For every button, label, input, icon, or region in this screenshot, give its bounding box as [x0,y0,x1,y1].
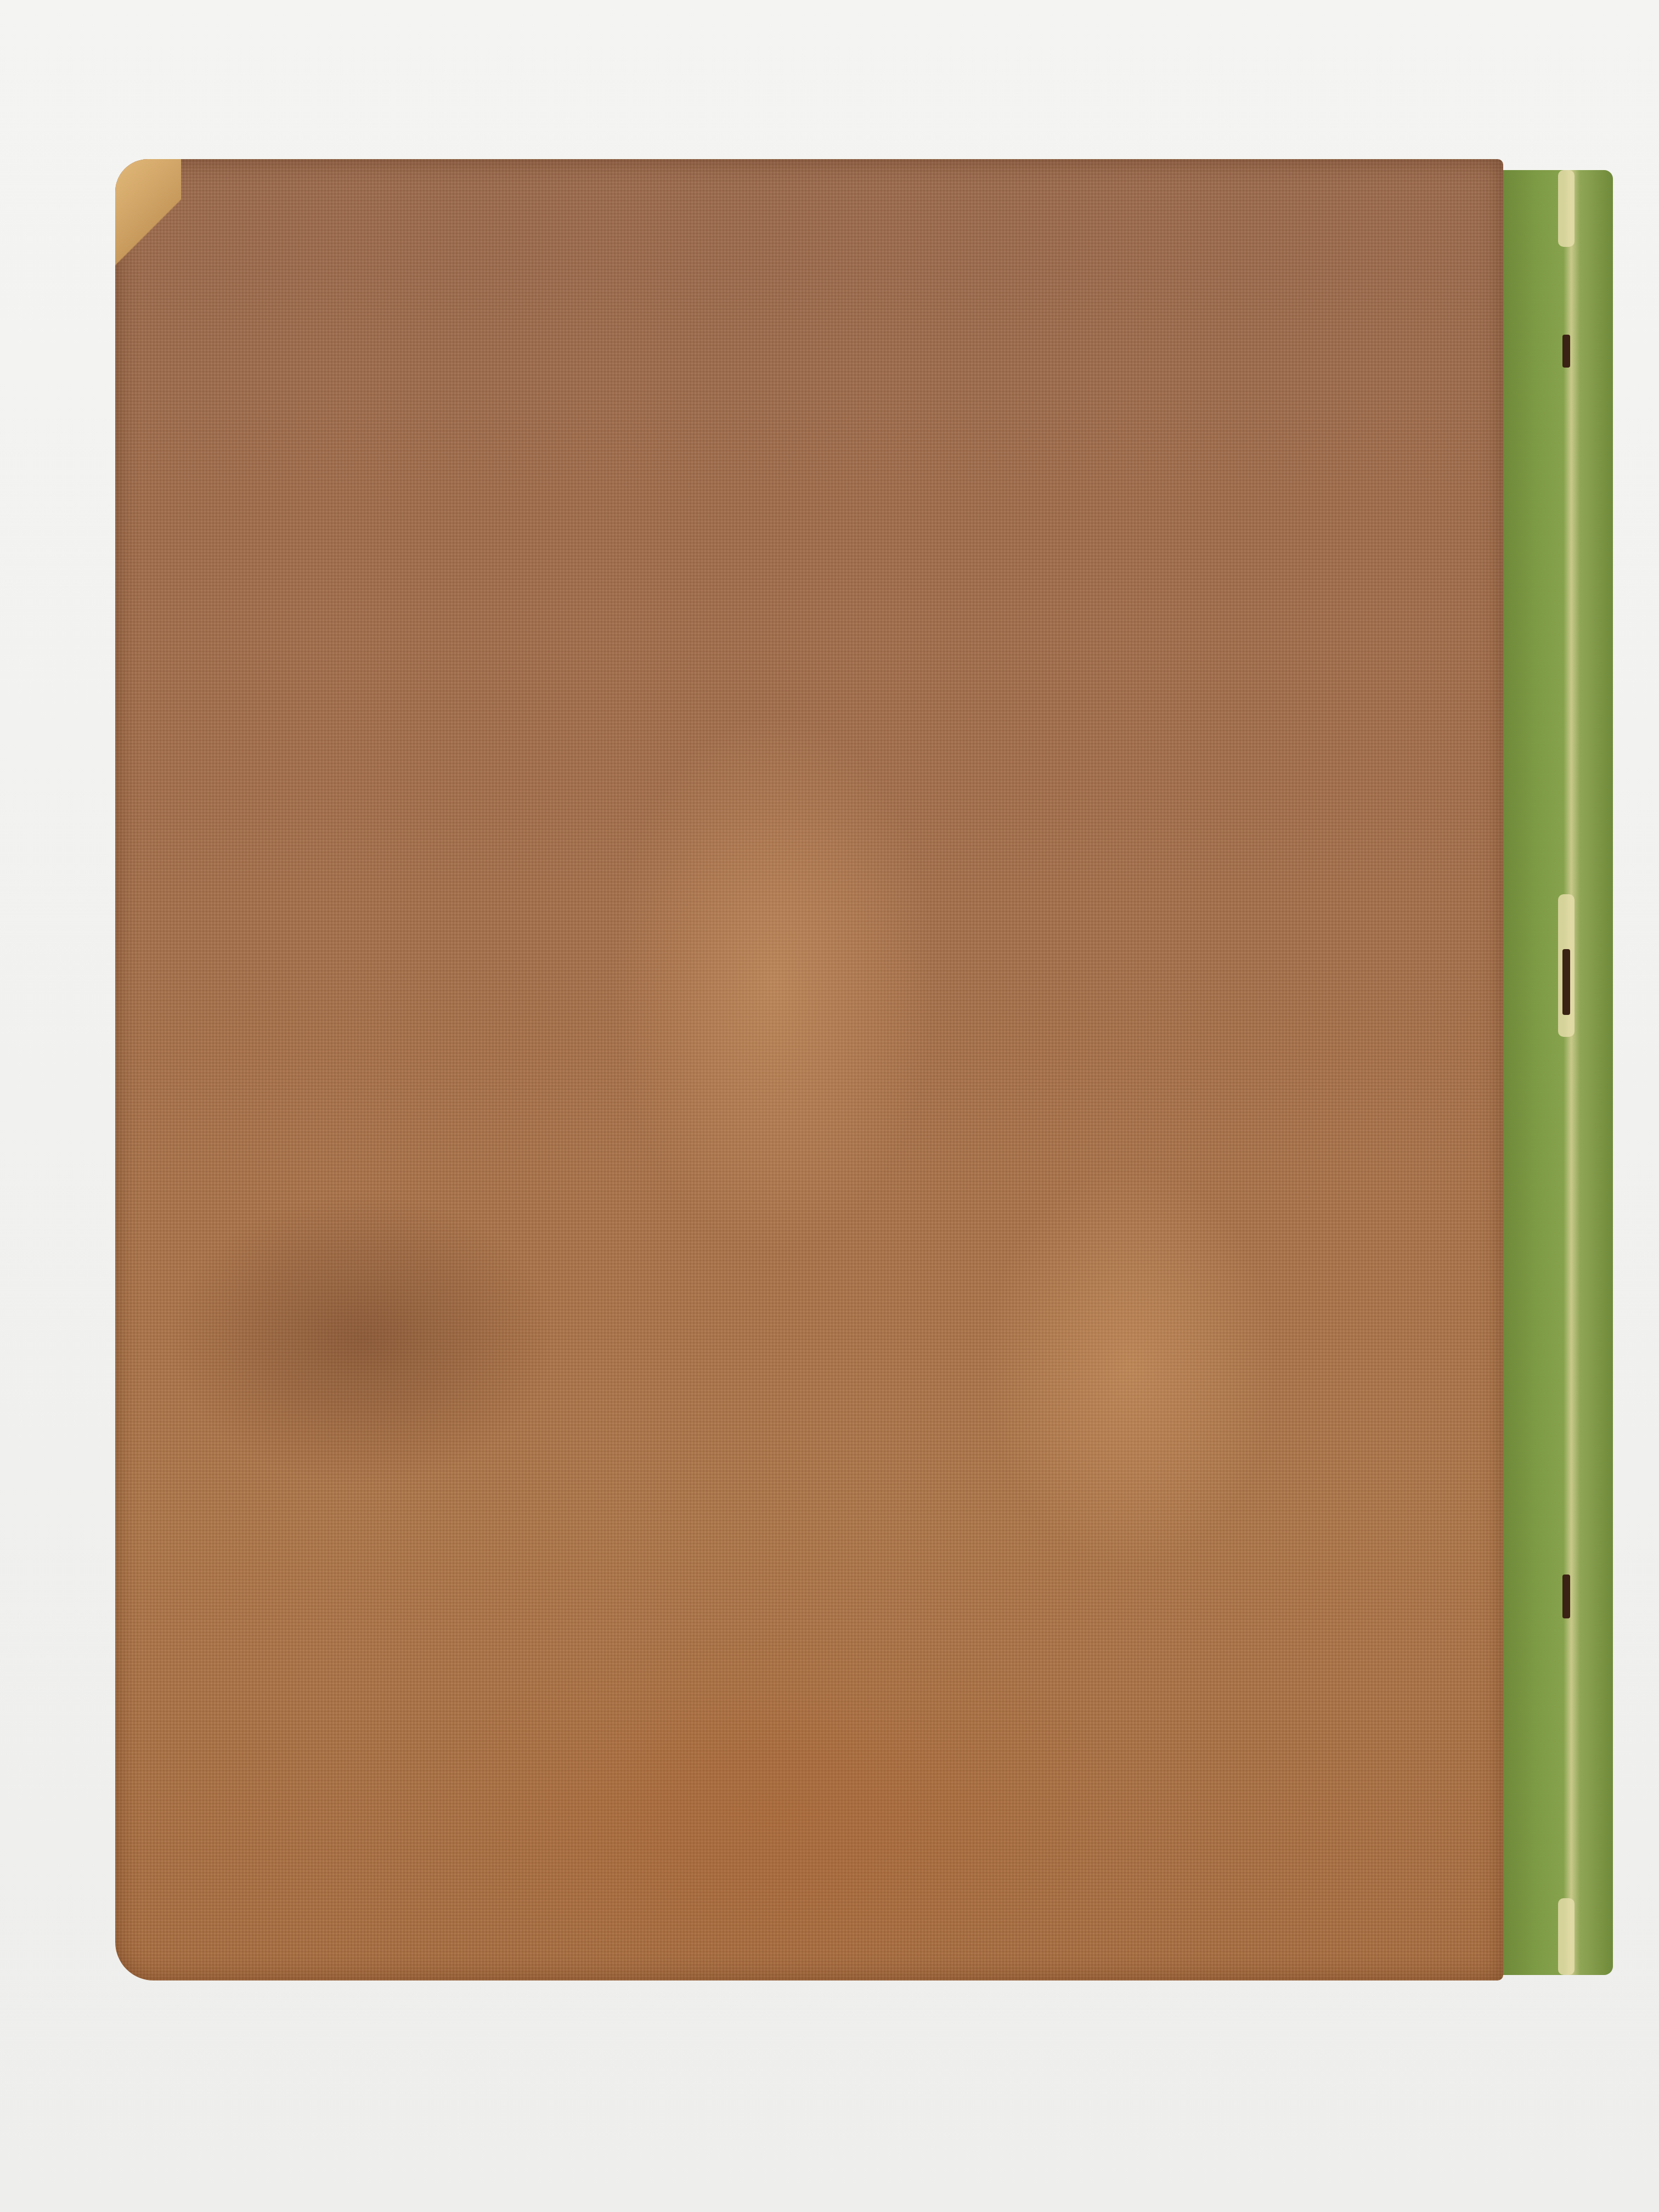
book-back-cover [115,159,1503,1980]
spine-hole [1562,1575,1570,1618]
spine-fray-bottom [1558,1898,1575,1975]
spine-hole [1562,949,1570,1015]
photo-background [0,0,1659,2212]
spine-fray-top [1558,170,1575,247]
worn-corner [115,159,181,269]
book [115,159,1618,1980]
spine-hole [1562,335,1570,368]
book-spine [1503,170,1613,1975]
